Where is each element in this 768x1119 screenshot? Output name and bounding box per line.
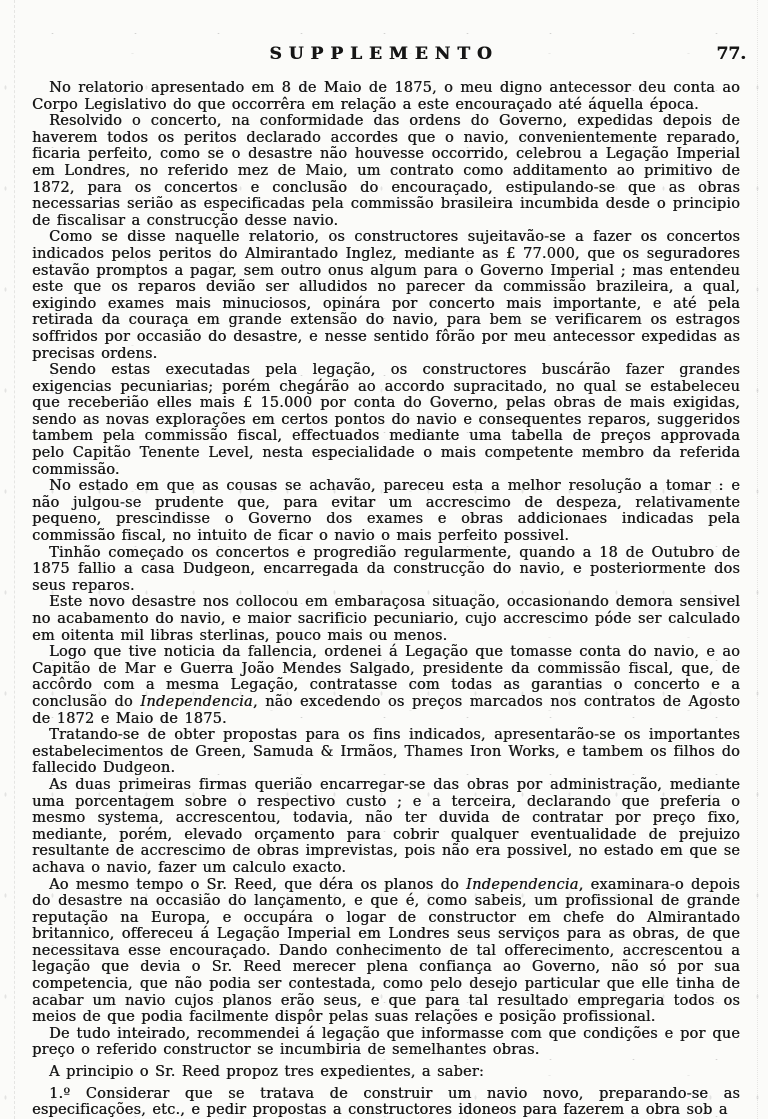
- paragraph: Como se disse naquelle relatorio, os con…: [32, 229, 740, 362]
- paragraph: No estado em que as cousas se achavão, p…: [32, 478, 740, 544]
- paragraph: Este novo desastre nos collocou em embar…: [32, 594, 740, 644]
- right-margin-scan-artifact: [757, 0, 758, 1119]
- text-run: No estado em que as cousas se achavão, p…: [32, 478, 740, 544]
- left-margin-scan-artifact: [14, 0, 15, 1119]
- text-run: A principio o Sr. Reed propoz tres exped…: [49, 1064, 484, 1080]
- text-run: As duas primeiras firmas querião encarre…: [32, 777, 740, 876]
- paragraph: No relatorio apresentado em 8 de Maio de…: [32, 80, 740, 113]
- paragraph: 1.º Considerar que se tratava de constru…: [32, 1086, 740, 1119]
- paragraph: A principio o Sr. Reed propoz tres exped…: [32, 1064, 740, 1081]
- scanned-document-page: SUPPLEMENTO 77. No relatorio apresentado…: [0, 0, 768, 1119]
- text-run: , examinara-o depois do desastre na occa…: [32, 877, 740, 1026]
- page-header: SUPPLEMENTO 77.: [0, 44, 768, 70]
- text-run: No relatorio apresentado em 8 de Maio de…: [32, 80, 740, 113]
- text-run: Como se disse naquelle relatorio, os con…: [32, 229, 740, 361]
- text-run: Tinhão começado os concertos e progrediã…: [32, 545, 740, 594]
- page-title: SUPPLEMENTO: [0, 44, 768, 64]
- ship-name-italic: Independencia: [466, 877, 579, 893]
- paragraph: Logo que tive noticia da fallencia, orde…: [32, 644, 740, 727]
- text-run: De tudo inteirado, recommendei á legação…: [32, 1026, 740, 1059]
- text-run: 1.º Considerar que se tratava de constru…: [32, 1086, 740, 1119]
- paragraph: Sendo estas executadas pela legação, os …: [32, 362, 740, 478]
- text-run: Este novo desastre nos collocou em embar…: [32, 594, 740, 643]
- text-run: Resolvido o concerto, na conformidade da…: [32, 113, 740, 229]
- paragraph: Tinhão começado os concertos e progrediã…: [32, 545, 740, 595]
- page-number: 77.: [716, 44, 746, 64]
- text-run: Ao mesmo tempo o Sr. Reed, que déra os p…: [49, 877, 466, 893]
- text-run: Sendo estas executadas pela legação, os …: [32, 362, 740, 478]
- paragraph: Resolvido o concerto, na conformidade da…: [32, 113, 740, 229]
- document-body: No relatorio apresentado em 8 de Maio de…: [32, 80, 740, 1119]
- paragraph: Tratando-se de obter propostas para os f…: [32, 727, 740, 777]
- ship-name-italic: Independencia: [140, 694, 253, 710]
- text-run: Tratando-se de obter propostas para os f…: [32, 727, 740, 776]
- paragraph: As duas primeiras firmas querião encarre…: [32, 777, 740, 877]
- paragraph: Ao mesmo tempo o Sr. Reed, que déra os p…: [32, 877, 740, 1026]
- paragraph: De tudo inteirado, recommendei á legação…: [32, 1026, 740, 1059]
